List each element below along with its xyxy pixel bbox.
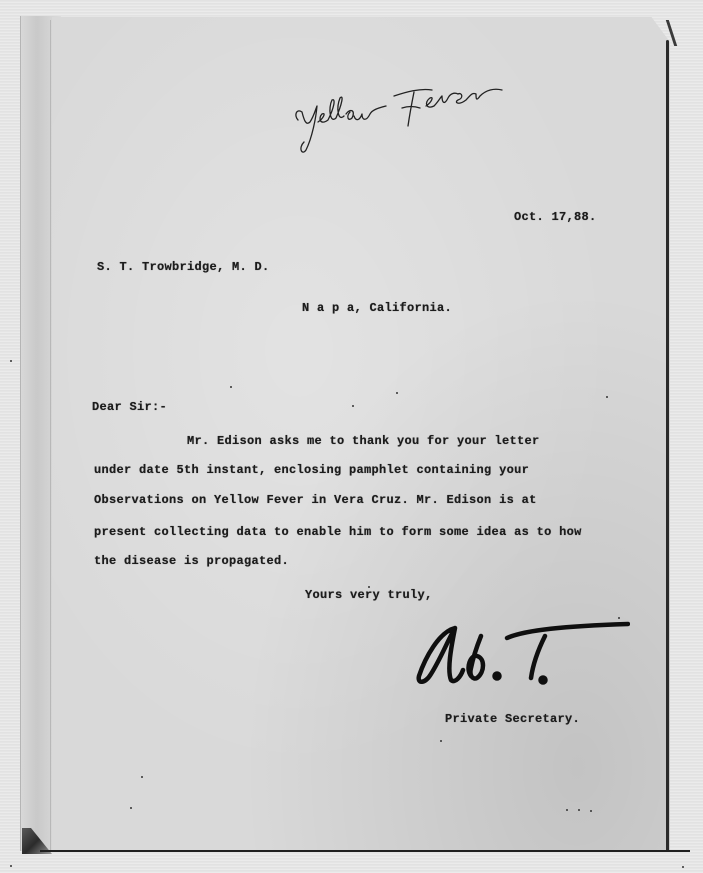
scan-speck xyxy=(606,396,608,398)
recipient-name: S. T. Trowbridge, M. D. xyxy=(97,260,270,274)
page-right-edge xyxy=(666,40,669,852)
scan-speck xyxy=(130,807,132,809)
scan-speck xyxy=(578,809,580,811)
handwritten-header: Yellow Fever xyxy=(290,78,520,158)
recipient-location: N a p a, California. xyxy=(302,301,452,315)
handwritten-signature: A.O.T. xyxy=(415,618,630,690)
scan-speck xyxy=(230,386,232,388)
scan-speck xyxy=(590,810,592,812)
body-line-3: Observations on Yellow Fever in Vera Cru… xyxy=(94,493,537,507)
scan-speck xyxy=(566,809,568,811)
scan-speck xyxy=(618,617,620,619)
body-line-1: Mr. Edison asks me to thank you for your… xyxy=(187,434,540,448)
salutation: Dear Sir:- xyxy=(92,400,167,414)
body-line-4: present collecting data to enable him to… xyxy=(94,525,582,539)
scan-speck xyxy=(396,392,398,394)
page-left-edge xyxy=(50,20,51,850)
scan-speck xyxy=(352,405,354,407)
body-line-2: under date 5th instant, enclosing pamphl… xyxy=(94,463,529,477)
scan-speck xyxy=(10,865,12,867)
page-bottom-edge xyxy=(40,850,690,852)
closing: Yours very truly, xyxy=(305,588,433,602)
scan-speck xyxy=(440,740,442,742)
scan-speck xyxy=(10,360,12,362)
letter-date: Oct. 17,88. xyxy=(514,210,597,224)
scan-speck xyxy=(682,866,684,868)
scan-speck xyxy=(141,776,143,778)
signer-title: Private Secretary. xyxy=(445,712,580,726)
scan-speck xyxy=(368,586,370,588)
body-line-5: the disease is propagated. xyxy=(94,554,289,568)
